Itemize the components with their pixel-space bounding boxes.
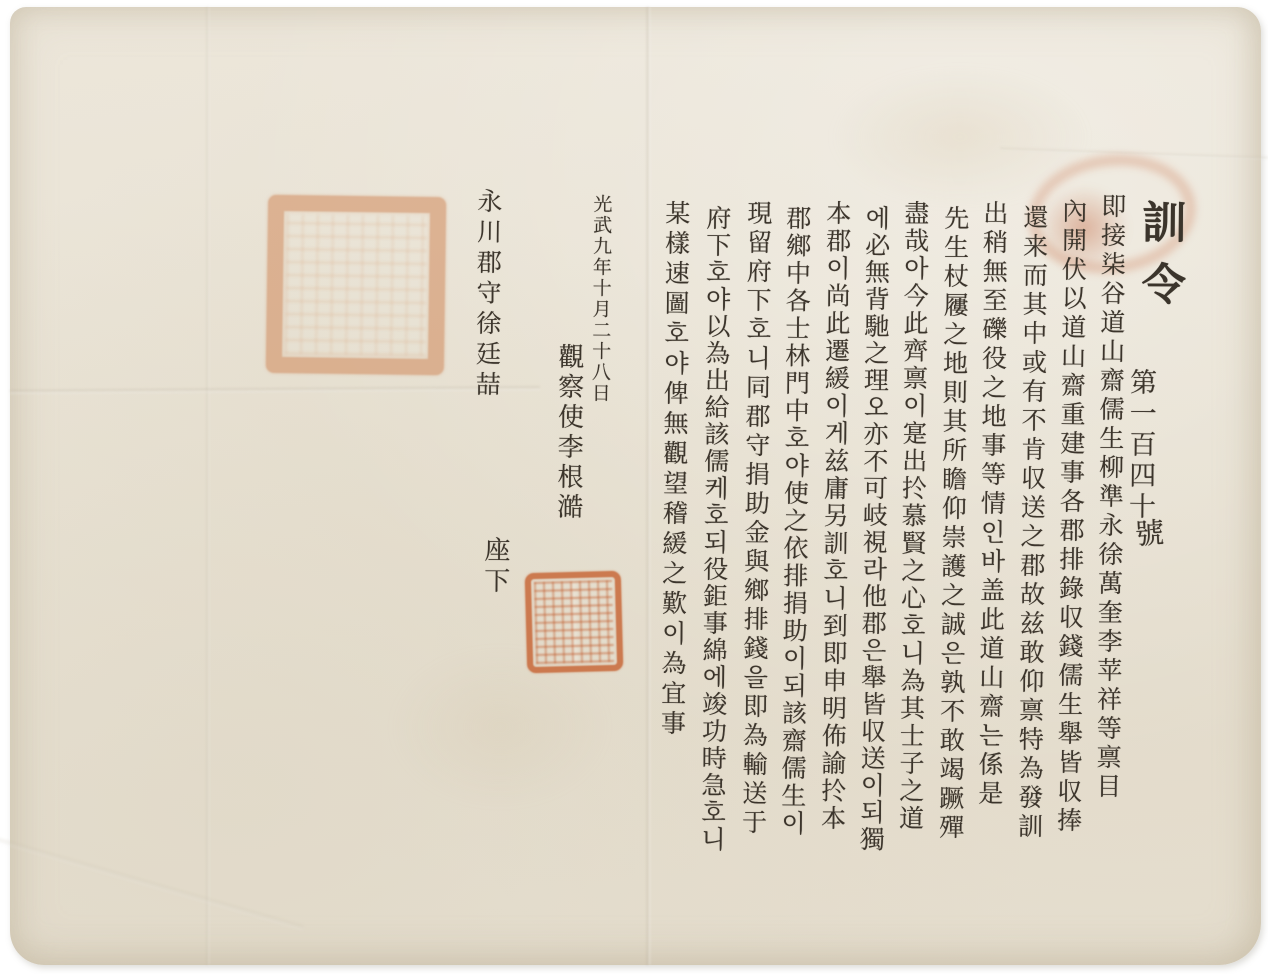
body-column-1: 即接柒谷道山齋儒生柳準永徐萬奎李苹祥等禀目 [1094,193,1126,802]
governor-large-seal-script [285,214,427,356]
body-column-7: 에必無背馳之理오亦不可岐視라他郡은舉皆収送이되獨 [857,205,890,853]
governor-official-seal-icon [525,571,624,673]
governor-official-seal-script [534,580,614,664]
date-line: 光武九年十月二十八日 [589,194,611,404]
honorific-closing: 座下 [480,536,509,598]
document-number: 第一百四十 [1125,368,1156,523]
fold-crease-vertical-center [646,7,651,965]
body-column-2: 內開伏以道山齋重建事各郡排錄収錢儒生舉皆収捧 [1054,198,1087,836]
body-column-3: 還来而其中或有不肯収送之郡故兹敢仰禀特為發訓 [1015,204,1048,842]
governor-large-seal-icon [266,195,446,375]
document-number-suffix: 號 [1131,517,1164,548]
body-column-6: 盡哉아今此齊禀이寔出扵慕賢之心호니為其士子之道 [896,200,929,833]
document-title: 訓令 [1135,199,1184,323]
recipient-address: 永川郡守徐廷喆 [473,188,502,402]
document-paper: 訓令 第一百四十 號 即接柒谷道山齋儒生柳準永徐萬奎李苹祥等禀目 內開伏以道山齋… [10,7,1261,965]
sender-signature: 觀察使李根澔 [553,343,583,523]
fold-crease-vertical-left [206,7,210,965]
body-column-5: 先生杖屨之地則其所瞻仰崇護之誠은孰不敢竭蹶殫 [936,205,969,843]
fold-crease-diagonal-bottom [0,832,304,930]
body-column-4: 出稍無至礫役之地事等情인바盖此道山齋는係是 [976,200,1008,809]
fold-crease-horizontal-left [10,386,540,394]
body-column-8: 本郡이尚此遷緩이게兹庸另訓호니到即申明佈諭扵本 [818,200,851,833]
photo-background: 訓令 第一百四十 號 即接柒谷道山齋儒生柳準永徐萬奎李苹祥等禀目 內開伏以道山齋… [0,0,1268,974]
body-column-10: 現留府下호니同郡守捐助金與鄉排錢을即為輸送于 [739,200,772,838]
body-column-11: 府下호야以為出給該儒케호되役鉅事綿에竣功時急호니 [698,205,731,853]
body-column-9: 郡鄉中各士林門中호야使之依排捐助이되該齋儒生이 [778,205,811,838]
body-column-12: 某樣速圖호야俾無觀望稽緩之歎이為宜事 [658,200,690,740]
